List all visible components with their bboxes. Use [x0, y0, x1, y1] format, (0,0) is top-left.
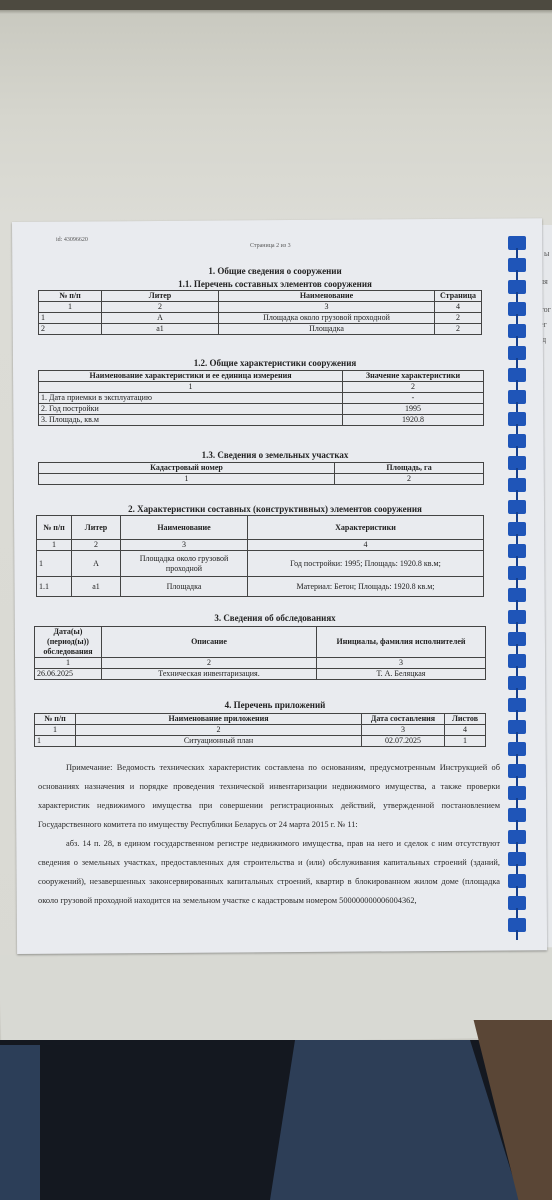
- cell: 1: [35, 736, 76, 747]
- table-row: 2. Год постройки1995: [39, 404, 484, 415]
- binding-ring: [508, 258, 526, 272]
- table-row: 1. Дата приемки в эксплуатацию-: [39, 393, 484, 404]
- col-header: Площадь, га: [335, 463, 484, 474]
- col-number: 4: [435, 302, 482, 313]
- cell: Площадка: [121, 577, 248, 597]
- binding-ring: [508, 478, 526, 492]
- binding-ring: [508, 566, 526, 580]
- col-number: 1: [39, 382, 343, 393]
- cell: а1: [72, 577, 121, 597]
- binding-ring: [508, 346, 526, 360]
- col-number: 2: [102, 658, 317, 669]
- table-row: 2а1Площадка2: [39, 324, 482, 335]
- cell: 3. Площадь, кв.м: [39, 415, 343, 426]
- table-surveys: Дата(ы) (период(ы)) обследованияОписание…: [34, 626, 486, 680]
- table-row: 3. Площадь, кв.м1920.8: [39, 415, 484, 426]
- cell: 1995: [343, 404, 484, 415]
- cell: 2: [435, 313, 482, 324]
- cell: 1. Дата приемки в эксплуатацию: [39, 393, 343, 404]
- table-attachments: № п/пНаименование приложенияДата составл…: [34, 713, 486, 747]
- col-number: 1: [39, 474, 335, 485]
- col-number: 1: [35, 725, 76, 736]
- binding-ring: [508, 720, 526, 734]
- binding-ring: [508, 500, 526, 514]
- binding-ring: [508, 676, 526, 690]
- cell: 2. Год постройки: [39, 404, 343, 415]
- col-header: Дата составления: [362, 714, 445, 725]
- binding-ring: [508, 874, 526, 888]
- cell: -: [343, 393, 484, 404]
- document-id: id: 43096620: [56, 237, 88, 243]
- cell: Год постройки: 1995; Площадь: 1920.8 кв.…: [248, 551, 484, 577]
- table-elements: № п/пЛитерНаименованиеСтраница 1234 1АПл…: [38, 290, 482, 335]
- col-header: Наименование характеристики и ее единица…: [39, 371, 343, 382]
- cell: 1: [39, 313, 102, 324]
- cell: а1: [102, 324, 219, 335]
- col-number: 2: [335, 474, 484, 485]
- cell: 26.06.2025: [35, 669, 102, 680]
- binding-ring: [508, 390, 526, 404]
- cell: Техническая инвентаризация.: [102, 669, 317, 680]
- col-header: Значение характеристики: [343, 371, 484, 382]
- desk-surface: [0, 947, 552, 1045]
- binding-ring: [508, 764, 526, 778]
- section-1-title: 1. Общие сведения о сооружении: [40, 266, 510, 276]
- binding-ring: [508, 698, 526, 712]
- binding-spine: [508, 230, 530, 950]
- col-number: 4: [248, 540, 484, 551]
- col-header: Наименование: [219, 291, 435, 302]
- table-row: 1АПлощадка около грузовой проходной2: [39, 313, 482, 324]
- cell: 02.07.2025: [362, 736, 445, 747]
- binding-ring: [508, 610, 526, 624]
- col-header: № п/п: [35, 714, 76, 725]
- col-number: 4: [445, 725, 486, 736]
- binding-ring: [508, 852, 526, 866]
- col-header: Литер: [72, 516, 121, 540]
- col-header: № п/п: [39, 291, 102, 302]
- binding-ring: [508, 588, 526, 602]
- col-header: Страница: [435, 291, 482, 302]
- col-number: 1: [37, 540, 72, 551]
- cell: Площадка около грузовой проходной: [121, 551, 248, 577]
- section-1-2-title: 1.2. Общие характеристики сооружения: [40, 358, 510, 368]
- cell: Т. А. Беляцкая: [317, 669, 486, 680]
- note-paragraph-1: Примечание: Ведомость технических характ…: [38, 758, 500, 834]
- section-1-3-title: 1.3. Сведения о земельных участках: [40, 450, 510, 460]
- cell: 1920.8: [343, 415, 484, 426]
- note-text: Примечание: Ведомость технических характ…: [38, 758, 500, 910]
- col-header: Характеристики: [248, 516, 484, 540]
- binding-ring: [508, 808, 526, 822]
- section-2-title: 2. Характеристики составных (конструктив…: [40, 504, 510, 514]
- binding-ring: [508, 456, 526, 470]
- col-number: 2: [76, 725, 362, 736]
- note-paragraph-2: абз. 14 п. 28, в едином государственном …: [38, 834, 500, 910]
- section-4-title: 4. Перечень приложений: [40, 700, 510, 710]
- binding-ring: [508, 280, 526, 294]
- cell: 1.1: [37, 577, 72, 597]
- col-header: Наименование: [121, 516, 248, 540]
- binding-ring: [508, 786, 526, 800]
- binding-ring: [508, 412, 526, 426]
- cell: 2: [435, 324, 482, 335]
- binding-ring: [508, 544, 526, 558]
- cell: Материал: Бетон; Площадь: 1920.8 кв.м;: [248, 577, 484, 597]
- cell: Ситуационный план: [76, 736, 362, 747]
- cell: 1: [37, 551, 72, 577]
- binding-ring: [508, 632, 526, 646]
- binding-ring: [508, 654, 526, 668]
- cell: Площадка: [219, 324, 435, 335]
- background-edge: [0, 0, 552, 10]
- col-number: 2: [72, 540, 121, 551]
- cell: Площадка около грузовой проходной: [219, 313, 435, 324]
- col-header: Дата(ы) (период(ы)) обследования: [35, 627, 102, 658]
- col-header: Описание: [102, 627, 317, 658]
- col-number: 3: [362, 725, 445, 736]
- col-header: Литер: [102, 291, 219, 302]
- binding-ring: [508, 324, 526, 338]
- binding-ring: [508, 302, 526, 316]
- page-number: Страница 2 из 3: [250, 243, 291, 249]
- col-number: 2: [343, 382, 484, 393]
- cell: 2: [39, 324, 102, 335]
- binding-ring: [508, 830, 526, 844]
- col-number: 3: [317, 658, 486, 669]
- binding-ring: [508, 368, 526, 382]
- binding-ring: [508, 434, 526, 448]
- binding-ring: [508, 918, 526, 932]
- cell: 1: [445, 736, 486, 747]
- section-1-1-title: 1.1. Перечень составных элементов сооруж…: [40, 279, 510, 289]
- col-header: № п/п: [37, 516, 72, 540]
- col-header: Листов: [445, 714, 486, 725]
- table-land-plots: Кадастровый номерПлощадь, га 12: [38, 462, 484, 485]
- table-structural-elements: № п/пЛитерНаименованиеХарактеристики 123…: [36, 515, 484, 597]
- table-row: 26.06.2025Техническая инвентаризация.Т. …: [35, 669, 486, 680]
- table-characteristics: Наименование характеристики и ее единица…: [38, 370, 484, 426]
- col-header: Наименование приложения: [76, 714, 362, 725]
- binding-ring: [508, 522, 526, 536]
- fabric: [0, 1045, 40, 1200]
- col-header: Инициалы, фамилия исполнителей: [317, 627, 486, 658]
- col-header: Кадастровый номер: [39, 463, 335, 474]
- fragment: ы: [544, 249, 549, 258]
- table-row: 1Ситуационный план02.07.20251: [35, 736, 486, 747]
- cell: А: [102, 313, 219, 324]
- col-number: 1: [39, 302, 102, 313]
- binding-ring: [508, 236, 526, 250]
- binding-ring: [508, 742, 526, 756]
- col-number: 3: [219, 302, 435, 313]
- section-3-title: 3. Сведения об обследованиях: [40, 613, 510, 623]
- col-number: 3: [121, 540, 248, 551]
- col-number: 2: [102, 302, 219, 313]
- cell: А: [72, 551, 121, 577]
- table-row: 1АПлощадка около грузовой проходнойГод п…: [37, 551, 484, 577]
- binding-ring: [508, 896, 526, 910]
- col-number: 1: [35, 658, 102, 669]
- table-row: 1.1а1ПлощадкаМатериал: Бетон; Площадь: 1…: [37, 577, 484, 597]
